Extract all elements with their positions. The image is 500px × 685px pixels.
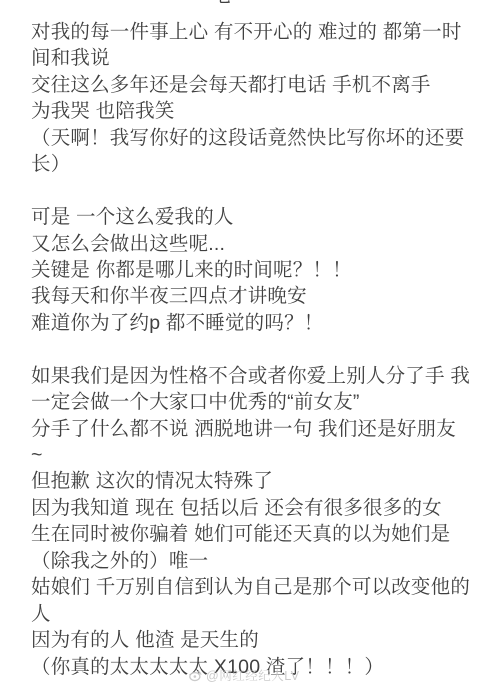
post-line: 长） bbox=[31, 151, 494, 177]
post-line: 分手了什么都不说 洒脱地讲一句 我们还是好朋友 bbox=[31, 416, 494, 442]
watermark: @网红经纪人LV bbox=[189, 666, 300, 684]
clipped-text-fragment-glyph: 心 bbox=[214, 0, 256, 7]
post-line: 人 bbox=[31, 601, 494, 627]
post-line bbox=[31, 336, 494, 362]
post-line: （除我之外的）唯一 bbox=[31, 548, 494, 574]
post-line: 为我哭 也陪我笑 bbox=[31, 98, 494, 124]
post-line bbox=[31, 178, 494, 204]
post-line: ~ bbox=[31, 442, 494, 468]
post-line: 因为有的人 他渣 是天生的 bbox=[31, 627, 494, 653]
post-line: 难道你为了约p 都不睡觉的吗？！ bbox=[31, 310, 494, 336]
post-line: 因为我知道 现在 包括以后 还会有很多很多的女 bbox=[31, 495, 494, 521]
post-line: 关键是 你都是哪儿来的时间呢？！！ bbox=[31, 257, 494, 283]
weibo-logo-icon bbox=[189, 669, 202, 682]
post-line: 我每天和你半夜三四点才讲晚安 bbox=[31, 283, 494, 309]
post-line: 生在同时被你骗着 她们可能还天真的以为她们是 bbox=[31, 521, 494, 547]
post-line: 交往这么多年还是会每天都打电话 手机不离手 bbox=[31, 72, 494, 98]
post-line: 如果我们是因为性格不合或者你爱上别人分了手 我 bbox=[31, 363, 494, 389]
clipped-text-fragment: 心 bbox=[214, 0, 256, 7]
post-line: （天啊！我写你好的这段话竟然快比写你坏的还要 bbox=[31, 125, 494, 151]
post-body: 对我的每一件事上心 有不开心的 难过的 都第一时 间和我说 交往这么多年还是会每… bbox=[31, 19, 494, 680]
post-line: 又怎么会做出这些呢... bbox=[31, 231, 494, 257]
post-line: 对我的每一件事上心 有不开心的 难过的 都第一时 bbox=[31, 19, 494, 45]
post-line: 一定会做一个大家口中优秀的“前女友” bbox=[31, 389, 494, 415]
watermark-text: @网红经纪人LV bbox=[206, 666, 300, 684]
post-line: 间和我说 bbox=[31, 45, 494, 71]
post-line: 姑娘们 千万别自信到认为自己是那个可以改变他的 bbox=[31, 574, 494, 600]
post-line: 可是 一个这么爱我的人 bbox=[31, 204, 494, 230]
post-line: 但抱歉 这次的情况太特殊了 bbox=[31, 468, 494, 494]
